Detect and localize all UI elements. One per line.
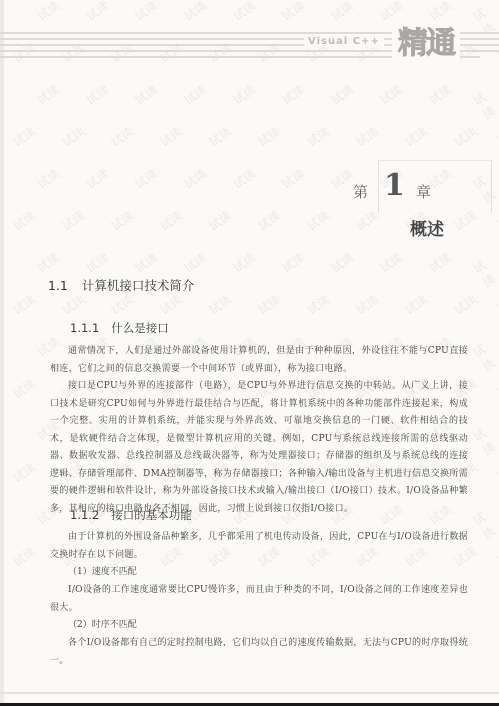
list-item-label: （1）速度不匹配 [68,564,137,582]
watermark-text: 试读 [107,123,136,151]
series-badge: 精通 [392,27,460,61]
watermark-text: 试读 [131,249,160,277]
watermark-text: 试读 [58,207,87,235]
watermark-text: 试读 [82,165,111,193]
watermark-text: 试读 [376,249,405,277]
watermark-text: 试读 [33,81,62,109]
paragraph: I/O设备的工作速度通常要比CPU慢许多，而且由于种类的不同，I/O设备之间的工… [50,582,468,617]
watermark-text: 试读 [229,81,258,109]
subsection-heading: 1.1.2接口的基本功能 [70,507,192,523]
watermark-text: 试读 [9,291,38,319]
watermark-text: 试读 [425,249,454,277]
watermark-text: 试读 [376,81,405,109]
watermark-text: 试读 [303,123,332,151]
watermark-text: 试读 [493,212,499,247]
watermark-text: 试读 [205,291,234,319]
watermark-text: 试读 [156,291,185,319]
watermark-text: 试读 [469,335,499,375]
watermark-text: 试读 [327,0,356,24]
watermark-text: 试读 [469,419,499,459]
watermark-text: 试读 [254,291,283,319]
watermark-text: 试读 [401,123,430,151]
subsection-title: 什么是接口 [111,321,169,335]
watermark-text: 试读 [278,0,307,24]
page-bottom-rule [0,692,499,694]
watermark-text: 试读 [107,291,136,319]
watermark-text: 试读 [33,165,62,193]
subsection-number: 1.1.1 [70,321,99,335]
watermark-text: 试读 [450,123,479,151]
watermark-text: 试读 [33,0,62,24]
list-item-label: （2）时序不匹配 [68,617,137,635]
paragraph: 通常情况下，人们是通过外部设备使用计算机的，但是由于种种原因，外设往往不能与CP… [50,343,468,378]
watermark-text: 试读 [205,123,234,151]
watermark-text: 试读 [327,81,356,109]
series-label: Visual C++ [304,36,384,47]
chapter-prefix: 第 [353,181,368,202]
subsection-number: 1.1.2 [70,508,99,522]
watermark-text: 试读 [425,81,454,109]
watermark-text: 试读 [131,0,160,24]
watermark-text: 试读 [229,249,258,277]
watermark-text: 试读 [180,81,209,109]
subsection-heading: 1.1.1什么是接口 [70,320,169,336]
watermark-text: 试读 [180,249,209,277]
paragraph: 接口是CPU与外界的连接部件（电路），是CPU与外界进行信息交换的中转站。从广义… [50,378,468,518]
watermark-text: 试读 [493,464,499,499]
watermark-text: 试读 [352,123,381,151]
watermark-text: 试读 [493,296,499,331]
watermark-text: 试读 [9,207,38,235]
watermark-text: 试读 [82,0,111,24]
page-edge [0,0,4,706]
watermark-text: 试读 [376,0,405,24]
watermark-text: 试读 [229,165,258,193]
watermark-text: 试读 [9,375,38,403]
watermark-text: 试读 [469,251,499,291]
watermark-text: 试读 [327,249,356,277]
section-heading: 1.1计算机接口技术简介 [48,276,194,294]
section-number: 1.1 [48,278,68,293]
watermark-text: 试读 [425,0,454,24]
watermark-text: 试读 [205,207,234,235]
watermark-text: 试读 [278,249,307,277]
watermark-text: 试读 [352,291,381,319]
watermark-text: 试读 [9,459,38,487]
watermark-text: 试读 [9,543,38,571]
watermark-text: 试读 [303,207,332,235]
watermark-text: 试读 [58,123,87,151]
chapter-number: 1 [384,168,405,203]
watermark-text: 试读 [180,0,209,24]
watermark-text: 试读 [493,128,499,163]
watermark-text: 试读 [107,207,136,235]
watermark-text: 试读 [303,291,332,319]
watermark-text: 试读 [401,291,430,319]
watermark-text: 试读 [33,249,62,277]
watermark-text: 试读 [493,380,499,415]
watermark-text: 试读 [156,123,185,151]
watermark-text: 试读 [9,123,38,151]
watermark-text: 试读 [229,0,258,24]
chapter-title: 概述 [410,215,444,240]
watermark-text: 试读 [254,207,283,235]
watermark-text: 试读 [278,81,307,109]
watermark-text: 试读 [254,123,283,151]
watermark-text: 试读 [156,207,185,235]
watermark-text: 试读 [493,548,499,583]
watermark-text: 试读 [450,291,479,319]
section-title: 计算机接口技术简介 [82,278,195,293]
watermark-text: 试读 [278,165,307,193]
watermark-text: 试读 [58,291,87,319]
watermark-text: 试读 [469,83,499,123]
watermark-text: 试读 [82,81,111,109]
book-page: 试读试读试读试读试读试读试读试读试读试读试读试读试读试读试读试读试读试读试读试读… [0,0,499,706]
watermark-text: 试读 [82,249,111,277]
paragraph: 各个I/O设备都有自己的定时控制电路，它们均以自己的速度传输数据，无法与CPU的… [50,635,468,670]
chapter-suffix: 章 [416,181,431,202]
watermark-text: 试读 [469,503,499,543]
paragraph: 由于计算机的外围设备品种繁多，几乎都采用了机电传动设备，因此，CPU在与I/O设… [50,529,468,564]
watermark-text: 试读 [131,81,160,109]
watermark-text: 试读 [131,165,160,193]
watermark-text: 试读 [180,165,209,193]
subsection-title: 接口的基本功能 [111,508,192,522]
